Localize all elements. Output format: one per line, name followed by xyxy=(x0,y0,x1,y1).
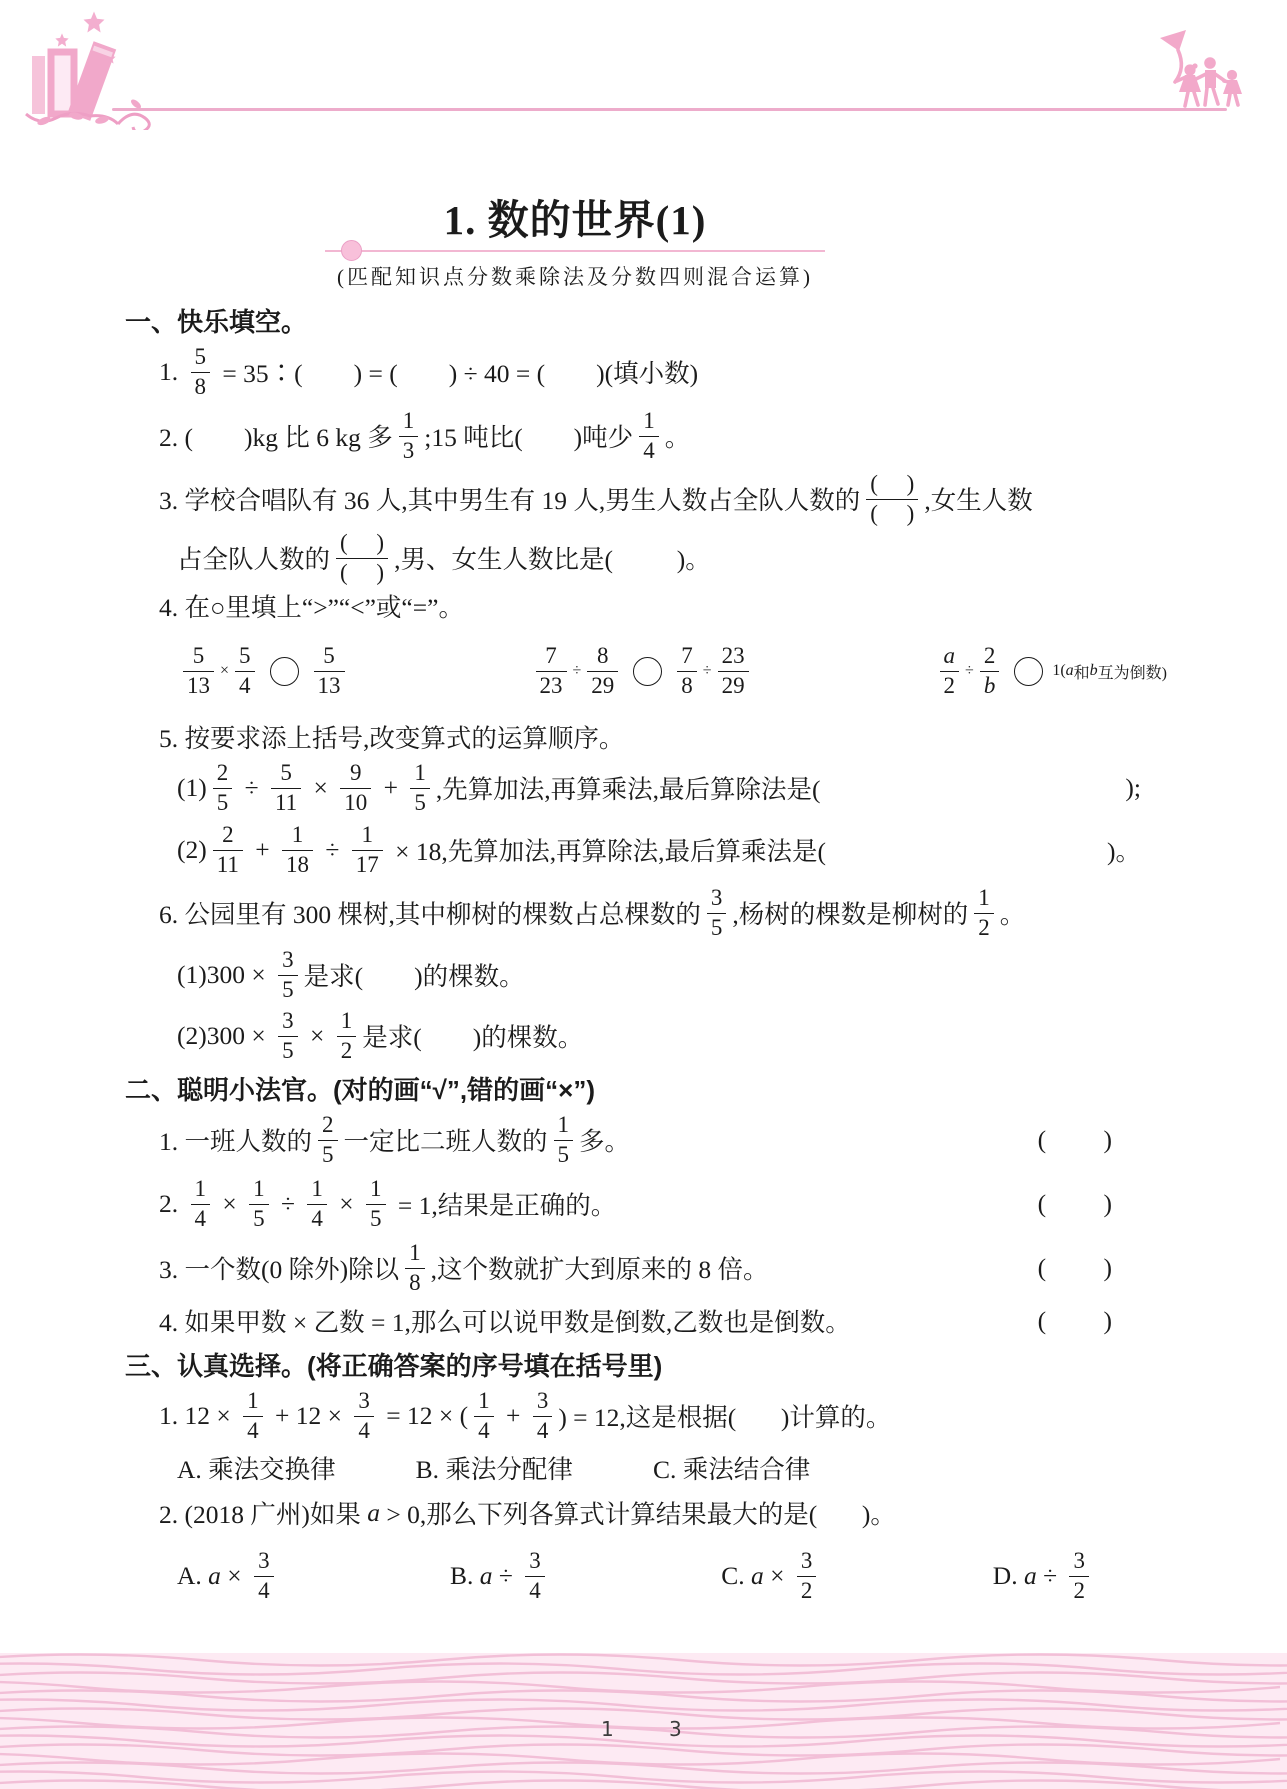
fraction: 910 xyxy=(340,761,371,816)
text: (1) xyxy=(177,773,207,803)
fraction: 14 xyxy=(191,1177,211,1232)
option-d: D. a ÷ 32 xyxy=(993,1549,1095,1604)
fill-question-3-line-1: 3. 学校合唱队有 36 人,其中男生有 19 人,男生人数占全队人数的( )(… xyxy=(125,469,1167,529)
variable: b xyxy=(1090,662,1098,680)
children-flying-kite-icon xyxy=(1152,26,1252,116)
fraction: 14 xyxy=(474,1389,494,1444)
fill-question-5-part-1: (1)25 ÷ 511 × 910 + 15,先算加法,再算乘法,最后算除法是(… xyxy=(125,757,1167,819)
variable: a xyxy=(208,1561,221,1591)
text: = 12 × ( xyxy=(380,1401,468,1431)
section-3-heading: 三、认真选择。(将正确答案的序号填在括号里) xyxy=(125,1343,1167,1385)
judge-item-1: 1. 一班人数的25一定比二班人数的15多。 ( ) xyxy=(125,1109,1167,1171)
text: (2) xyxy=(177,835,207,865)
books-and-stars-icon xyxy=(24,8,184,130)
text: ÷ xyxy=(1037,1561,1064,1591)
comparison-3: a2 ÷ 2b1(a 和 b 互为倒数) xyxy=(934,644,1167,699)
text: = 35∶( ) = ( ) ÷ 40 = ( )(填小数) xyxy=(216,354,698,390)
fraction: 511 xyxy=(271,761,301,816)
variable: a xyxy=(480,1561,493,1591)
text: 2. (2018 广州)如果 xyxy=(159,1495,367,1531)
text: 1( xyxy=(1052,662,1065,680)
text: 5. 按要求添上括号,改变算式的运算顺序。 xyxy=(159,719,624,755)
text: ); xyxy=(1125,773,1141,803)
fraction: 58 xyxy=(191,345,211,400)
fraction: 118 xyxy=(282,823,313,878)
fraction: 211 xyxy=(213,823,243,878)
fraction: 513 xyxy=(314,644,345,699)
judge-item-4: 4. 如果甲数 × 乙数 = 1,那么可以说甲数是倒数,乙数也是倒数。 ( ) xyxy=(125,1299,1167,1343)
fraction: 15 xyxy=(410,761,430,816)
footer-wave-pattern xyxy=(0,1653,1287,1789)
comparison-circle xyxy=(633,657,662,686)
fraction: 2b xyxy=(980,644,1000,699)
judge-item-4-text: 4. 如果甲数 × 乙数 = 1,那么可以说甲数是倒数,乙数也是倒数。 xyxy=(159,1303,851,1339)
text: + xyxy=(377,773,404,803)
text: B. xyxy=(450,1561,480,1591)
text: × xyxy=(304,1021,331,1051)
text: ÷ xyxy=(238,773,265,803)
choice-question-1: 1. 12 × 14 + 12 × 34 = 12 × (14 + 34) = … xyxy=(125,1385,1167,1447)
choice-question-1-options: A. 乘法交换律 B. 乘法分配律 C. 乘法结合律 xyxy=(125,1447,1167,1489)
fraction: ( )( ) xyxy=(336,531,388,586)
choice-question-2-options: A. a × 34 B. a ÷ 34 C. a × 32 D. a ÷ 32 xyxy=(125,1537,1167,1615)
text: 2. ( )kg 比 6 kg 多 xyxy=(159,418,393,454)
text: 1. xyxy=(159,357,185,387)
text: ÷ xyxy=(965,662,974,680)
fraction: 18 xyxy=(405,1241,425,1296)
text: = 1,结果是正确的。 xyxy=(392,1186,617,1222)
answer-bracket: ( ) xyxy=(1038,1189,1112,1219)
fill-question-2: 2. ( )kg 比 6 kg 多13;15 吨比( )吨少14。 xyxy=(125,403,1167,469)
text: × xyxy=(220,662,229,680)
fraction: 15 xyxy=(249,1177,269,1232)
fraction: 117 xyxy=(352,823,383,878)
text: 是求( )的棵数。 xyxy=(304,957,525,993)
header-rule xyxy=(112,108,1227,111)
title-block: 1. 数的世界(1) (匹配知识点分数乘除法及分数四则混合运算) xyxy=(295,196,855,291)
text: C. xyxy=(721,1561,751,1591)
worksheet-content: 一、快乐填空。 1. 58 = 35∶( ) = ( ) ÷ 40 = ( )(… xyxy=(0,291,1287,1653)
fraction: 78 xyxy=(677,644,697,699)
answer-bracket: ( ) xyxy=(1038,1125,1112,1155)
fill-question-5-part-2: (2)211 + 118 ÷ 117 × 18,先算加法,再算除法,最后算乘法是… xyxy=(125,819,1167,881)
text: 1. 12 × xyxy=(159,1401,237,1431)
text: ÷ xyxy=(319,835,346,865)
text: × xyxy=(216,1189,243,1219)
fill-question-3-line-2: 占全队人数的( )( ),男、女生人数比是( )。 xyxy=(125,529,1167,587)
fraction: 34 xyxy=(533,1389,553,1444)
fraction: 12 xyxy=(974,886,994,941)
fraction: 513 xyxy=(183,644,214,699)
text: ,杨树的棵数是柳树的 xyxy=(732,895,968,931)
fraction: 35 xyxy=(278,1009,298,1064)
text: A. xyxy=(177,1561,208,1591)
text: × 18,先算加法,再算除法,最后算乘法是( xyxy=(389,832,826,868)
fraction: 34 xyxy=(525,1549,545,1604)
page-title: 1. 数的世界(1) xyxy=(295,196,855,244)
text: ,女生人数 xyxy=(924,481,1032,517)
fraction: 32 xyxy=(797,1549,817,1604)
fraction: 14 xyxy=(307,1177,327,1232)
text: × xyxy=(307,773,334,803)
fill-question-1: 1. 58 = 35∶( ) = ( ) ÷ 40 = ( )(填小数) xyxy=(125,341,1167,403)
text: 6. 公园里有 300 棵树,其中柳树的棵数占总棵数的 xyxy=(159,895,701,931)
judge-item-2-text: 2. 14 × 15 ÷ 14 × 15 = 1,结果是正确的。 xyxy=(159,1177,616,1232)
page-number-right: 3 xyxy=(669,1717,682,1741)
text: 1. 一班人数的 xyxy=(159,1122,312,1158)
comparison-circle xyxy=(270,657,299,686)
option-a: A. 乘法交换律 xyxy=(177,1450,336,1486)
text: 一定比二班人数的 xyxy=(344,1122,548,1158)
text: (2)300 × xyxy=(177,1021,272,1051)
page-footer: 1 3 xyxy=(0,1653,1287,1789)
fraction: 723 xyxy=(536,644,567,699)
text: ÷ xyxy=(493,1561,520,1591)
page-header xyxy=(0,0,1287,132)
variable: a xyxy=(751,1561,764,1591)
fraction: 13 xyxy=(399,409,419,464)
text: ,先算加法,再算乘法,最后算除法是( xyxy=(436,770,821,806)
text: ;15 吨比( )吨少 xyxy=(424,418,633,454)
section-1-heading: 一、快乐填空。 xyxy=(125,299,1167,341)
title-underline xyxy=(325,250,825,252)
text: (1)300 × xyxy=(177,960,272,990)
text: 是求( )的棵数。 xyxy=(362,1018,583,1054)
fraction: 25 xyxy=(318,1113,338,1168)
judge-item-1-text: 1. 一班人数的25一定比二班人数的15多。 xyxy=(159,1113,630,1168)
text: ) = 12,这是根据( )计算的。 xyxy=(558,1398,891,1434)
text: + xyxy=(249,835,276,865)
option-a: A. a × 34 xyxy=(177,1549,280,1604)
answer-bracket: ( ) xyxy=(1038,1253,1112,1283)
text: + xyxy=(500,1401,527,1431)
text: 。 xyxy=(665,418,691,454)
title-dot xyxy=(341,240,362,261)
fill-question-6-part-2: (2)300 × 35 × 12是求( )的棵数。 xyxy=(125,1005,1167,1067)
fraction: 34 xyxy=(254,1549,274,1604)
fraction: 12 xyxy=(337,1009,357,1064)
text: 2. xyxy=(159,1189,185,1219)
option-c: C. 乘法结合律 xyxy=(653,1450,810,1486)
fraction: 2329 xyxy=(718,644,749,699)
fraction: 15 xyxy=(366,1177,386,1232)
judge-item-3: 3. 一个数(0 除外)除以18,这个数就扩大到原来的 8 倍。 ( ) xyxy=(125,1237,1167,1299)
text: )。 xyxy=(1107,832,1141,868)
text: > 0,那么下列各算式计算结果最大的是( )。 xyxy=(380,1495,896,1531)
comparison-2: 723 ÷ 82978 ÷ 2329 xyxy=(530,644,755,699)
text: × xyxy=(764,1561,791,1591)
text: ,男、女生人数比是( )。 xyxy=(394,540,711,576)
judge-item-2: 2. 14 × 15 ÷ 14 × 15 = 1,结果是正确的。 ( ) xyxy=(125,1171,1167,1237)
choice-question-2: 2. (2018 广州)如果 a > 0,那么下列各算式计算结果最大的是( )。 xyxy=(125,1489,1167,1537)
page-number-left: 1 xyxy=(601,1717,614,1741)
fraction: 34 xyxy=(354,1389,374,1444)
fill-question-6-part-1: (1)300 × 35是求( )的棵数。 xyxy=(125,945,1167,1005)
text: 3. 一个数(0 除外)除以 xyxy=(159,1250,399,1286)
comparison-1: 513 × 54513 xyxy=(177,644,351,699)
fraction: 25 xyxy=(213,761,233,816)
fraction: ( )( ) xyxy=(866,472,918,527)
text: 4. 如果甲数 × 乙数 = 1,那么可以说甲数是倒数,乙数也是倒数。 xyxy=(159,1303,851,1339)
judge-item-3-text: 3. 一个数(0 除外)除以18,这个数就扩大到原来的 8 倍。 xyxy=(159,1241,769,1296)
fraction: 54 xyxy=(235,644,255,699)
text: ÷ xyxy=(573,662,582,680)
text: 互为倒数) xyxy=(1098,660,1167,683)
fraction: 32 xyxy=(1069,1549,1089,1604)
variable: a xyxy=(1066,662,1074,680)
comparison-row: 513 × 54513 723 ÷ 82978 ÷ 2329 a2 ÷ 2b1(… xyxy=(125,625,1167,717)
fraction: 829 xyxy=(587,644,618,699)
text: 4. 在○里填上“>”“<”或“=”。 xyxy=(159,588,464,624)
fill-question-6: 6. 公园里有 300 棵树,其中柳树的棵数占总棵数的35,杨树的棵数是柳树的1… xyxy=(125,881,1167,945)
fraction: 14 xyxy=(639,409,659,464)
text: 占全队人数的 xyxy=(177,540,330,576)
text: 多。 xyxy=(579,1122,630,1158)
comparison-circle xyxy=(1014,657,1043,686)
text: 和 xyxy=(1074,660,1090,683)
variable: a xyxy=(367,1498,380,1528)
text: × xyxy=(333,1189,360,1219)
fraction: 14 xyxy=(243,1389,263,1444)
variable: a xyxy=(1024,1561,1037,1591)
fraction: 35 xyxy=(707,886,727,941)
text: ÷ xyxy=(275,1189,302,1219)
fraction: 35 xyxy=(278,948,298,1003)
text: 。 xyxy=(1000,895,1026,931)
option-c: C. a × 32 xyxy=(721,1549,822,1604)
fill-question-5-label: 5. 按要求添上括号,改变算式的运算顺序。 xyxy=(125,717,1167,757)
text: + 12 × xyxy=(269,1401,349,1431)
page-subtitle: (匹配知识点分数乘除法及分数四则混合运算) xyxy=(295,261,855,291)
option-b: B. a ÷ 34 xyxy=(450,1549,551,1604)
text: ,这个数就扩大到原来的 8 倍。 xyxy=(431,1250,769,1286)
answer-bracket: ( ) xyxy=(1038,1306,1112,1336)
text: 3. 学校合唱队有 36 人,其中男生有 19 人,男生人数占全队人数的 xyxy=(159,481,860,517)
fraction: a2 xyxy=(940,644,960,699)
text: D. xyxy=(993,1561,1024,1591)
fill-question-4-label: 4. 在○里填上“>”“<”或“=”。 xyxy=(125,587,1167,625)
option-b: B. 乘法分配律 xyxy=(416,1450,573,1486)
text: × xyxy=(221,1561,248,1591)
section-2-heading: 二、聪明小法官。(对的画“√”,错的画“×”) xyxy=(125,1067,1167,1109)
worksheet-page: 1. 数的世界(1) (匹配知识点分数乘除法及分数四则混合运算) 一、快乐填空。… xyxy=(0,0,1287,1789)
fraction: 15 xyxy=(554,1113,574,1168)
text: ÷ xyxy=(703,662,712,680)
